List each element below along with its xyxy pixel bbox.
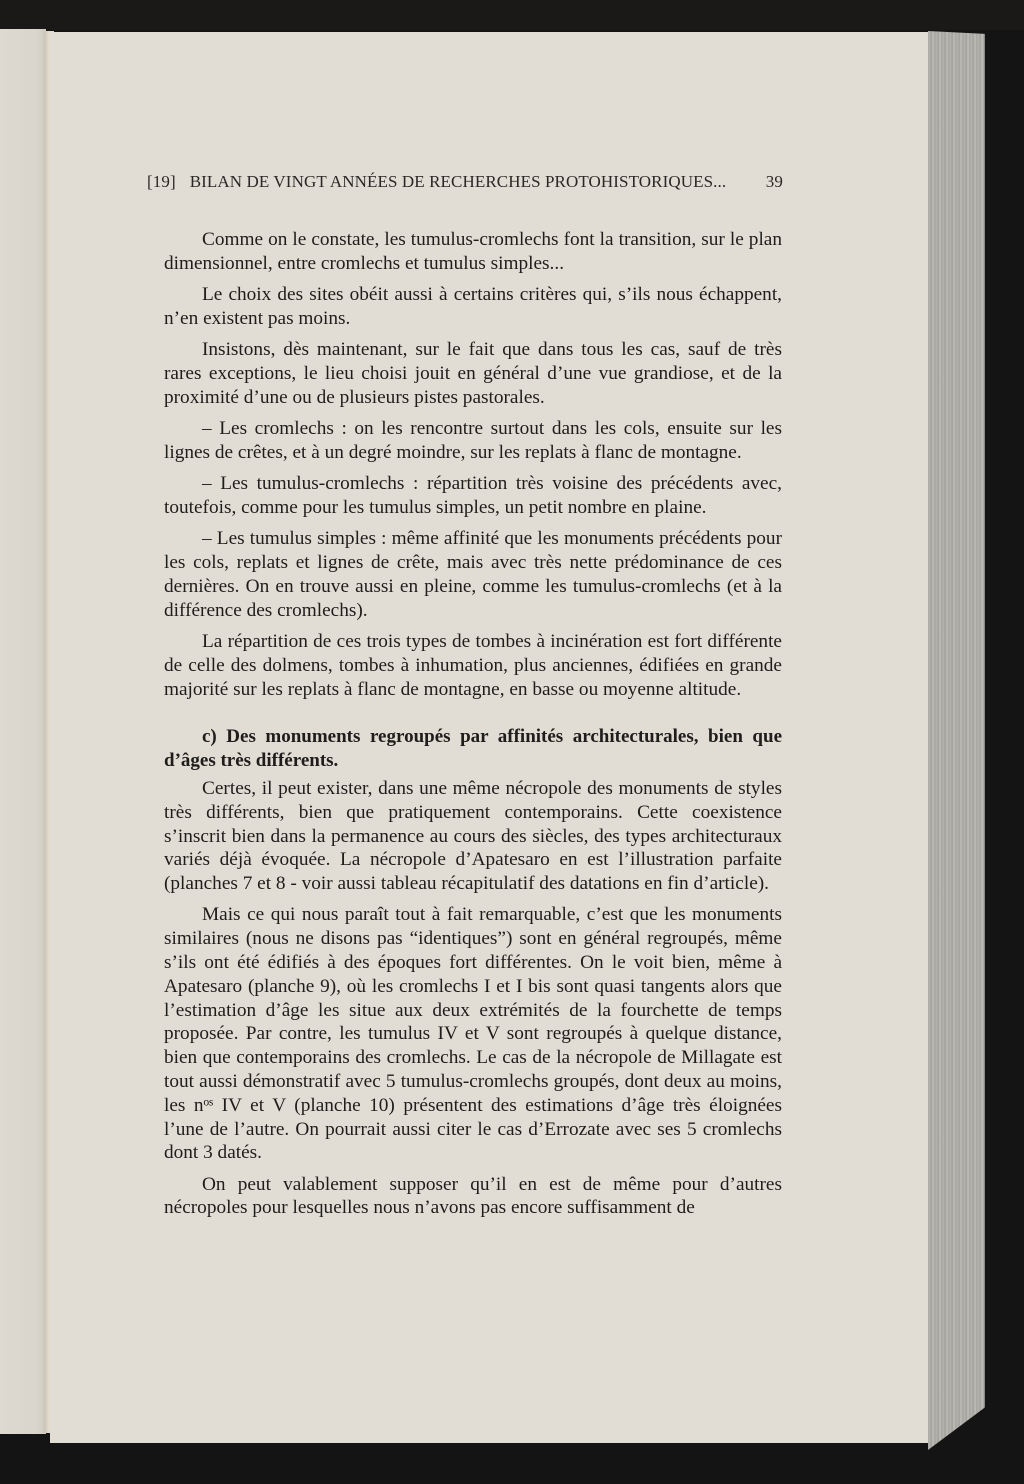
paragraph: Comme on le constate, les tumulus-cromle… [164,228,782,276]
page-block-edges [928,31,985,1450]
paragraph: Certes, il peut exister, dans une même n… [164,777,782,896]
facing-page-edge [0,29,46,1434]
paragraph-list-item: – Les tumulus-cromlechs : répartition tr… [164,472,782,520]
paragraph: Mais ce qui nous paraît tout à fait rema… [164,903,782,1165]
background-top [0,0,1024,30]
paragraph-list-item: – Les tumulus simples : même affinité qu… [164,527,782,622]
paragraph: Le choix des sites obéit aussi à certain… [164,283,782,331]
paragraph: On peut valablement supposer qu’il en es… [164,1173,782,1221]
paragraph-list-item: – Les cromlechs : on les rencontre surto… [164,417,782,465]
section-subheading: c) Des monuments regroupés par affinités… [164,725,782,773]
folio-reference: [19] [147,172,176,192]
paragraph: Insistons, dès maintenant, sur le fait q… [164,338,782,409]
paragraph: La répartition de ces trois types de tom… [164,630,782,701]
page-number: 39 [766,172,783,192]
body-text: Comme on le constate, les tumulus-cromle… [164,228,782,1228]
running-title: BILAN DE VINGT ANNÉES DE RECHERCHES PROT… [190,172,766,192]
running-head: [19] BILAN DE VINGT ANNÉES DE RECHERCHES… [147,172,783,192]
